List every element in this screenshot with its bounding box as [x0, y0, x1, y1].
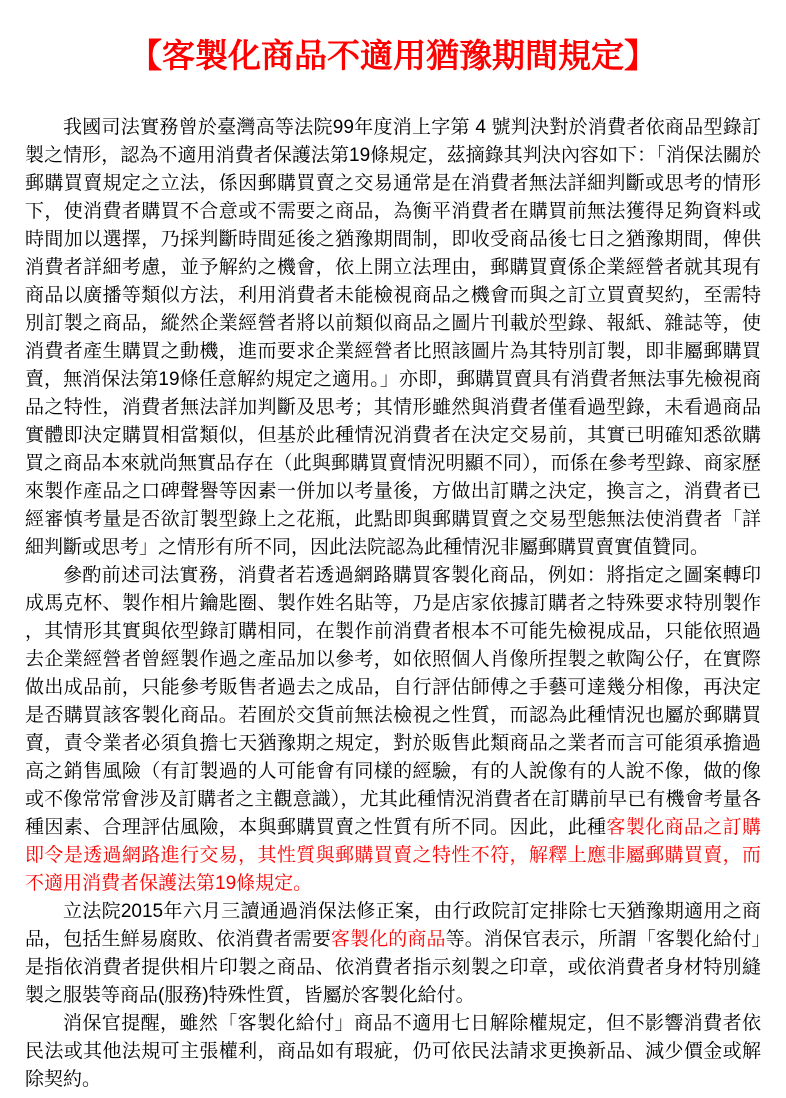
- text-segment: 參酌前述司法實務，消費者若透過網路購買客製化商品，例如：將指定之圖案轉印成馬克杯…: [25, 565, 761, 838]
- paragraph: 立法院2015年六月三讀通過消保法修正案，由行政院訂定排除七天猶豫期適用之商品，…: [25, 898, 761, 1010]
- paragraph: 參酌前述司法實務，消費者若透過網路購買客製化商品，例如：將指定之圖案轉印成馬克杯…: [25, 562, 761, 898]
- page-title: 【客製化商品不適用猶豫期間規定】: [25, 36, 761, 76]
- paragraph: 我國司法實務曾於臺灣高等法院99年度消上字第 4 號判決對於消費者依商品型錄訂製…: [25, 114, 761, 562]
- document-body: 我國司法實務曾於臺灣高等法院99年度消上字第 4 號判決對於消費者依商品型錄訂製…: [25, 114, 761, 1094]
- highlighted-text-segment: 客製化的商品: [331, 929, 446, 950]
- paragraph: 消保官提醒，雖然「客製化給付」商品不適用七日解除權規定，但不影響消費者依民法或其…: [25, 1010, 761, 1094]
- text-segment: 我國司法實務曾於臺灣高等法院99年度消上字第 4 號判決對於消費者依商品型錄訂製…: [25, 117, 761, 558]
- document-page: 【客製化商品不適用猶豫期間規定】 我國司法實務曾於臺灣高等法院99年度消上字第 …: [0, 0, 786, 1098]
- text-segment: 消保官提醒，雖然「客製化給付」商品不適用七日解除權規定，但不影響消費者依民法或其…: [25, 1013, 761, 1090]
